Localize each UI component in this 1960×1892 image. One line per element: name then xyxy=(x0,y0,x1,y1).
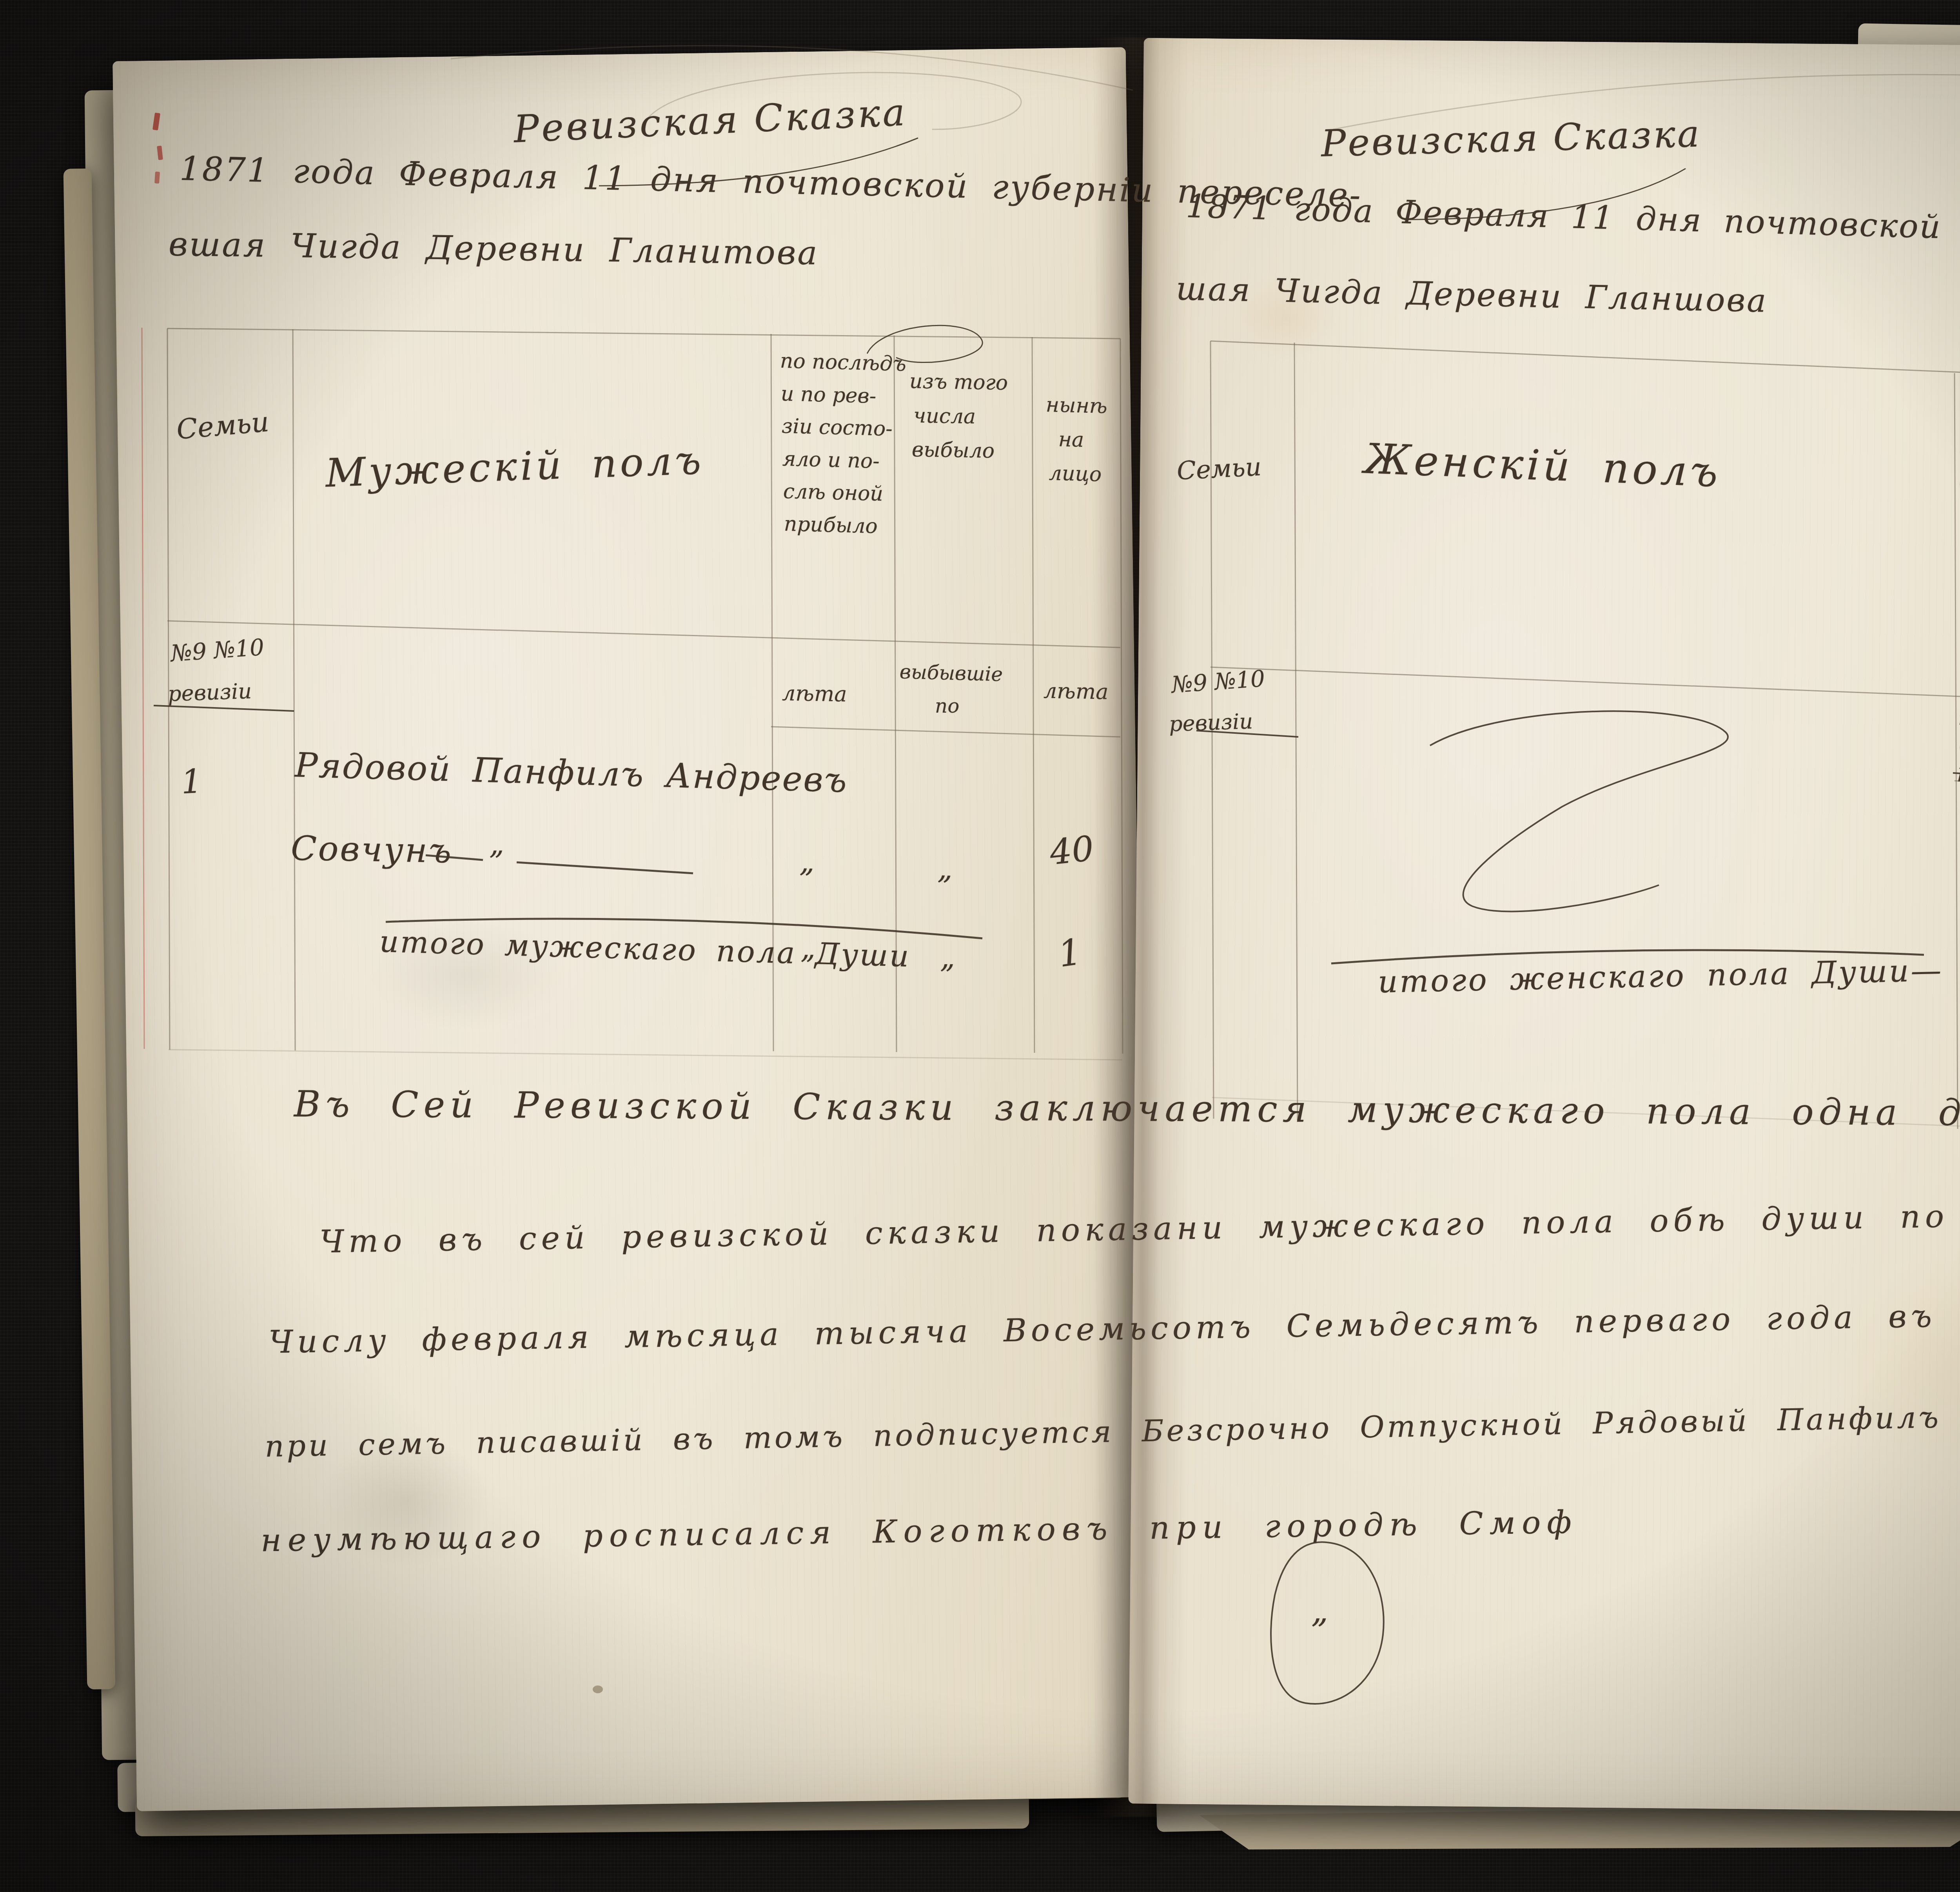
attestation-end-mark: „ xyxy=(1311,1591,1328,1630)
left-sub-departed-a: выбывшіе xyxy=(899,660,1003,686)
right-col-family: Семьи xyxy=(1176,452,1262,486)
row-age-value: 40 xyxy=(1048,828,1096,873)
left-total-departed-value: „ xyxy=(940,941,955,974)
row-name-line-2: Совчунъ xyxy=(290,829,453,871)
left-col-now: на xyxy=(1058,428,1084,452)
left-total-prev-value: „ xyxy=(800,931,815,965)
left-col-departed: числа xyxy=(913,404,976,429)
row-prev-value: „ xyxy=(799,845,815,879)
row-departed-value: „ xyxy=(937,852,953,886)
left-sub-age-a: лѣта xyxy=(782,681,847,707)
left-col-now: нынѣ xyxy=(1045,393,1107,418)
left-col-prev-rev: яло и по- xyxy=(782,447,880,473)
archival-photo-background: Ревизская Сказка 1871 года Февраля 11 дн… xyxy=(0,0,1960,1892)
left-sub-rev-word: ревизіи xyxy=(167,678,252,706)
left-col-prev-rev: и по рев- xyxy=(780,382,877,408)
row-dash-mark: „ xyxy=(489,827,504,861)
left-col-departed: изъ того xyxy=(909,370,1008,395)
row-family-number: 1 xyxy=(180,762,203,802)
right-sub-absent: когда и xyxy=(1958,707,1960,732)
empty-column-flourish xyxy=(1430,711,1728,911)
ink-flourishes xyxy=(154,138,1960,1704)
right-sub-rev-word: ревизіи xyxy=(1169,709,1253,736)
left-sub-age-b: лѣта xyxy=(1043,678,1109,704)
left-sub-departed-b: по xyxy=(935,695,959,717)
left-col-prev-rev: по послѣдъ xyxy=(780,349,906,376)
right-sub-absent: розврелся xyxy=(1957,760,1960,785)
left-col-prev-rev: слѣ оной xyxy=(783,480,883,506)
left-col-departed: выбыло xyxy=(911,438,995,463)
left-col-prev-rev: прибыло xyxy=(784,512,878,538)
left-col-prev-rev: зіи состо- xyxy=(781,414,893,441)
left-col-now: лицо xyxy=(1049,461,1102,486)
red-margin-line xyxy=(142,328,144,1049)
